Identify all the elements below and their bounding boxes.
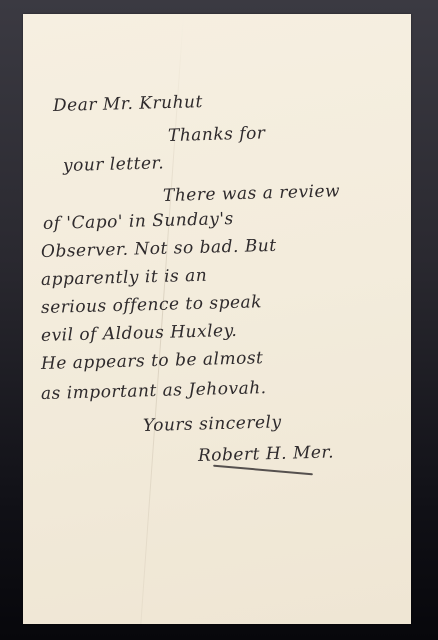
letter-paper: Dear Mr. Kruhut Thanks for your letter. … xyxy=(23,14,411,624)
signature: Robert H. Mer. xyxy=(198,442,335,466)
handwritten-letter: Dear Mr. Kruhut Thanks for your letter. … xyxy=(23,14,411,624)
letter-line-4: of 'Capo' in Sunday's xyxy=(43,209,234,234)
letter-line-2: your letter. xyxy=(63,153,165,176)
letter-line-1: Thanks for xyxy=(168,123,266,146)
letter-line-7: serious offence to speak xyxy=(41,292,262,318)
letter-line-5: Observer. Not so bad. But xyxy=(41,236,277,262)
closing: Yours sincerely xyxy=(143,412,282,436)
salutation: Dear Mr. Kruhut xyxy=(53,92,203,116)
letter-line-10: as important as Jehovah. xyxy=(41,378,267,404)
signature-underline xyxy=(213,465,313,476)
letter-line-6: apparently it is an xyxy=(41,266,208,290)
letter-line-3: There was a review xyxy=(163,181,341,206)
letter-line-8: evil of Aldous Huxley. xyxy=(41,321,238,346)
letter-line-9: He appears to be almost xyxy=(41,348,264,374)
